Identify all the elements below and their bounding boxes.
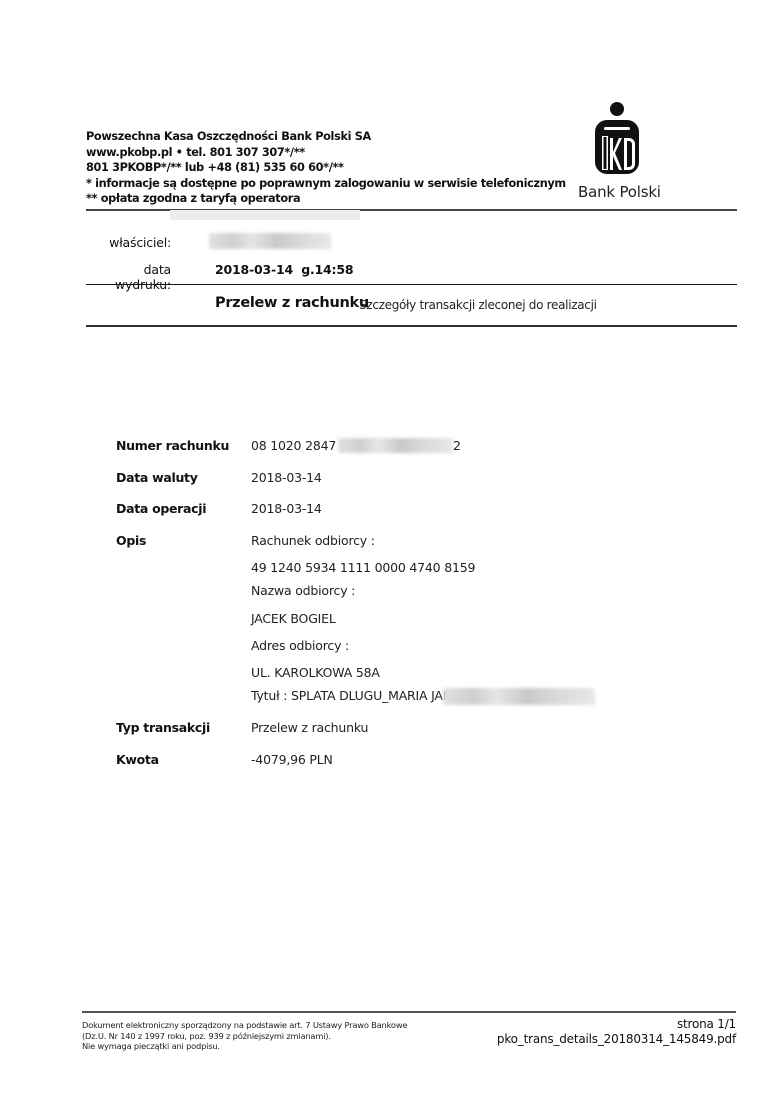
account-number-label: Numer rachunku	[116, 438, 229, 453]
legal-note: Dokument elektroniczny sporządzony na po…	[82, 1020, 407, 1052]
owner-redacted	[209, 233, 331, 249]
bank-phone-alt: 801 3PKOBP*/** lub +48 (81) 535 60 60*/*…	[86, 160, 566, 176]
account-number-suffix: 2	[453, 438, 461, 453]
footnote-2: ** opłata zgodna z taryfą operatora	[86, 191, 566, 207]
redacted-area	[170, 210, 360, 220]
meta-divider	[86, 284, 737, 285]
owner-label: właściciel:	[86, 235, 171, 250]
legal-line-3: Nie wymaga pieczątki ani podpisu.	[82, 1041, 407, 1052]
transaction-type-label: Typ transakcji	[116, 720, 210, 735]
amount-label: Kwota	[116, 752, 159, 767]
footer-page-info: strona 1/1 pko_trans_details_20180314_14…	[497, 1017, 736, 1047]
bank-website-phone: www.pkobp.pl • tel. 801 307 307*/**	[86, 145, 566, 161]
recipient-name-label: Nazwa odbiorcy :	[251, 583, 355, 598]
account-number-prefix: 08 1020 2847 (	[251, 438, 345, 453]
account-number-value: 08 1020 2847 (	[251, 438, 345, 453]
transaction-type-value: Przelew z rachunku	[251, 720, 368, 735]
operation-date-value: 2018-03-14	[251, 501, 322, 516]
recipient-account-value: 49 1240 5934 1111 0000 4740 8159	[251, 560, 475, 575]
print-date-label: data wydruku:	[86, 262, 171, 292]
description-label: Opis	[116, 533, 146, 548]
bank-full-name: Powszechna Kasa Oszczędności Bank Polski…	[86, 129, 566, 145]
file-name: pko_trans_details_20180314_145849.pdf	[497, 1032, 736, 1047]
operation-date-label: Data operacji	[116, 501, 206, 516]
footer-divider	[82, 1011, 736, 1013]
print-date-value: 2018-03-14 g.14:58	[215, 262, 353, 277]
section-title: Przelew z rachunku	[215, 295, 369, 311]
value-date-label: Data waluty	[116, 470, 198, 485]
transfer-title-redacted	[443, 688, 595, 705]
recipient-account-label: Rachunek odbiorcy :	[251, 533, 375, 548]
section-divider	[86, 325, 737, 327]
recipient-address-value: UL. KAROLKOWA 58A	[251, 665, 380, 680]
recipient-address-label: Adres odbiorcy :	[251, 638, 349, 653]
legal-line-2: (Dz.U. Nr 140 z 1997 roku, poz. 939 z pó…	[82, 1031, 407, 1042]
legal-line-1: Dokument elektroniczny sporządzony na po…	[82, 1020, 407, 1031]
bank-contact-info: Powszechna Kasa Oszczędności Bank Polski…	[86, 129, 566, 207]
transfer-title: Tytuł : SPLATA DLUGU_MARIA JAR	[251, 688, 451, 703]
recipient-name-value: JACEK BOGIEL	[251, 611, 336, 626]
account-number-redacted	[338, 438, 453, 453]
footnote-1: * informacje są dostępne po poprawnym za…	[86, 176, 566, 192]
bank-name: Bank Polski	[578, 183, 661, 201]
section-subtitle: Szczegóły transakcji zleconej do realiza…	[359, 298, 597, 312]
value-date-value: 2018-03-14	[251, 470, 322, 485]
page-number: strona 1/1	[497, 1017, 736, 1032]
amount-value: -4079,96 PLN	[251, 752, 333, 767]
pko-logo-icon	[592, 100, 642, 178]
